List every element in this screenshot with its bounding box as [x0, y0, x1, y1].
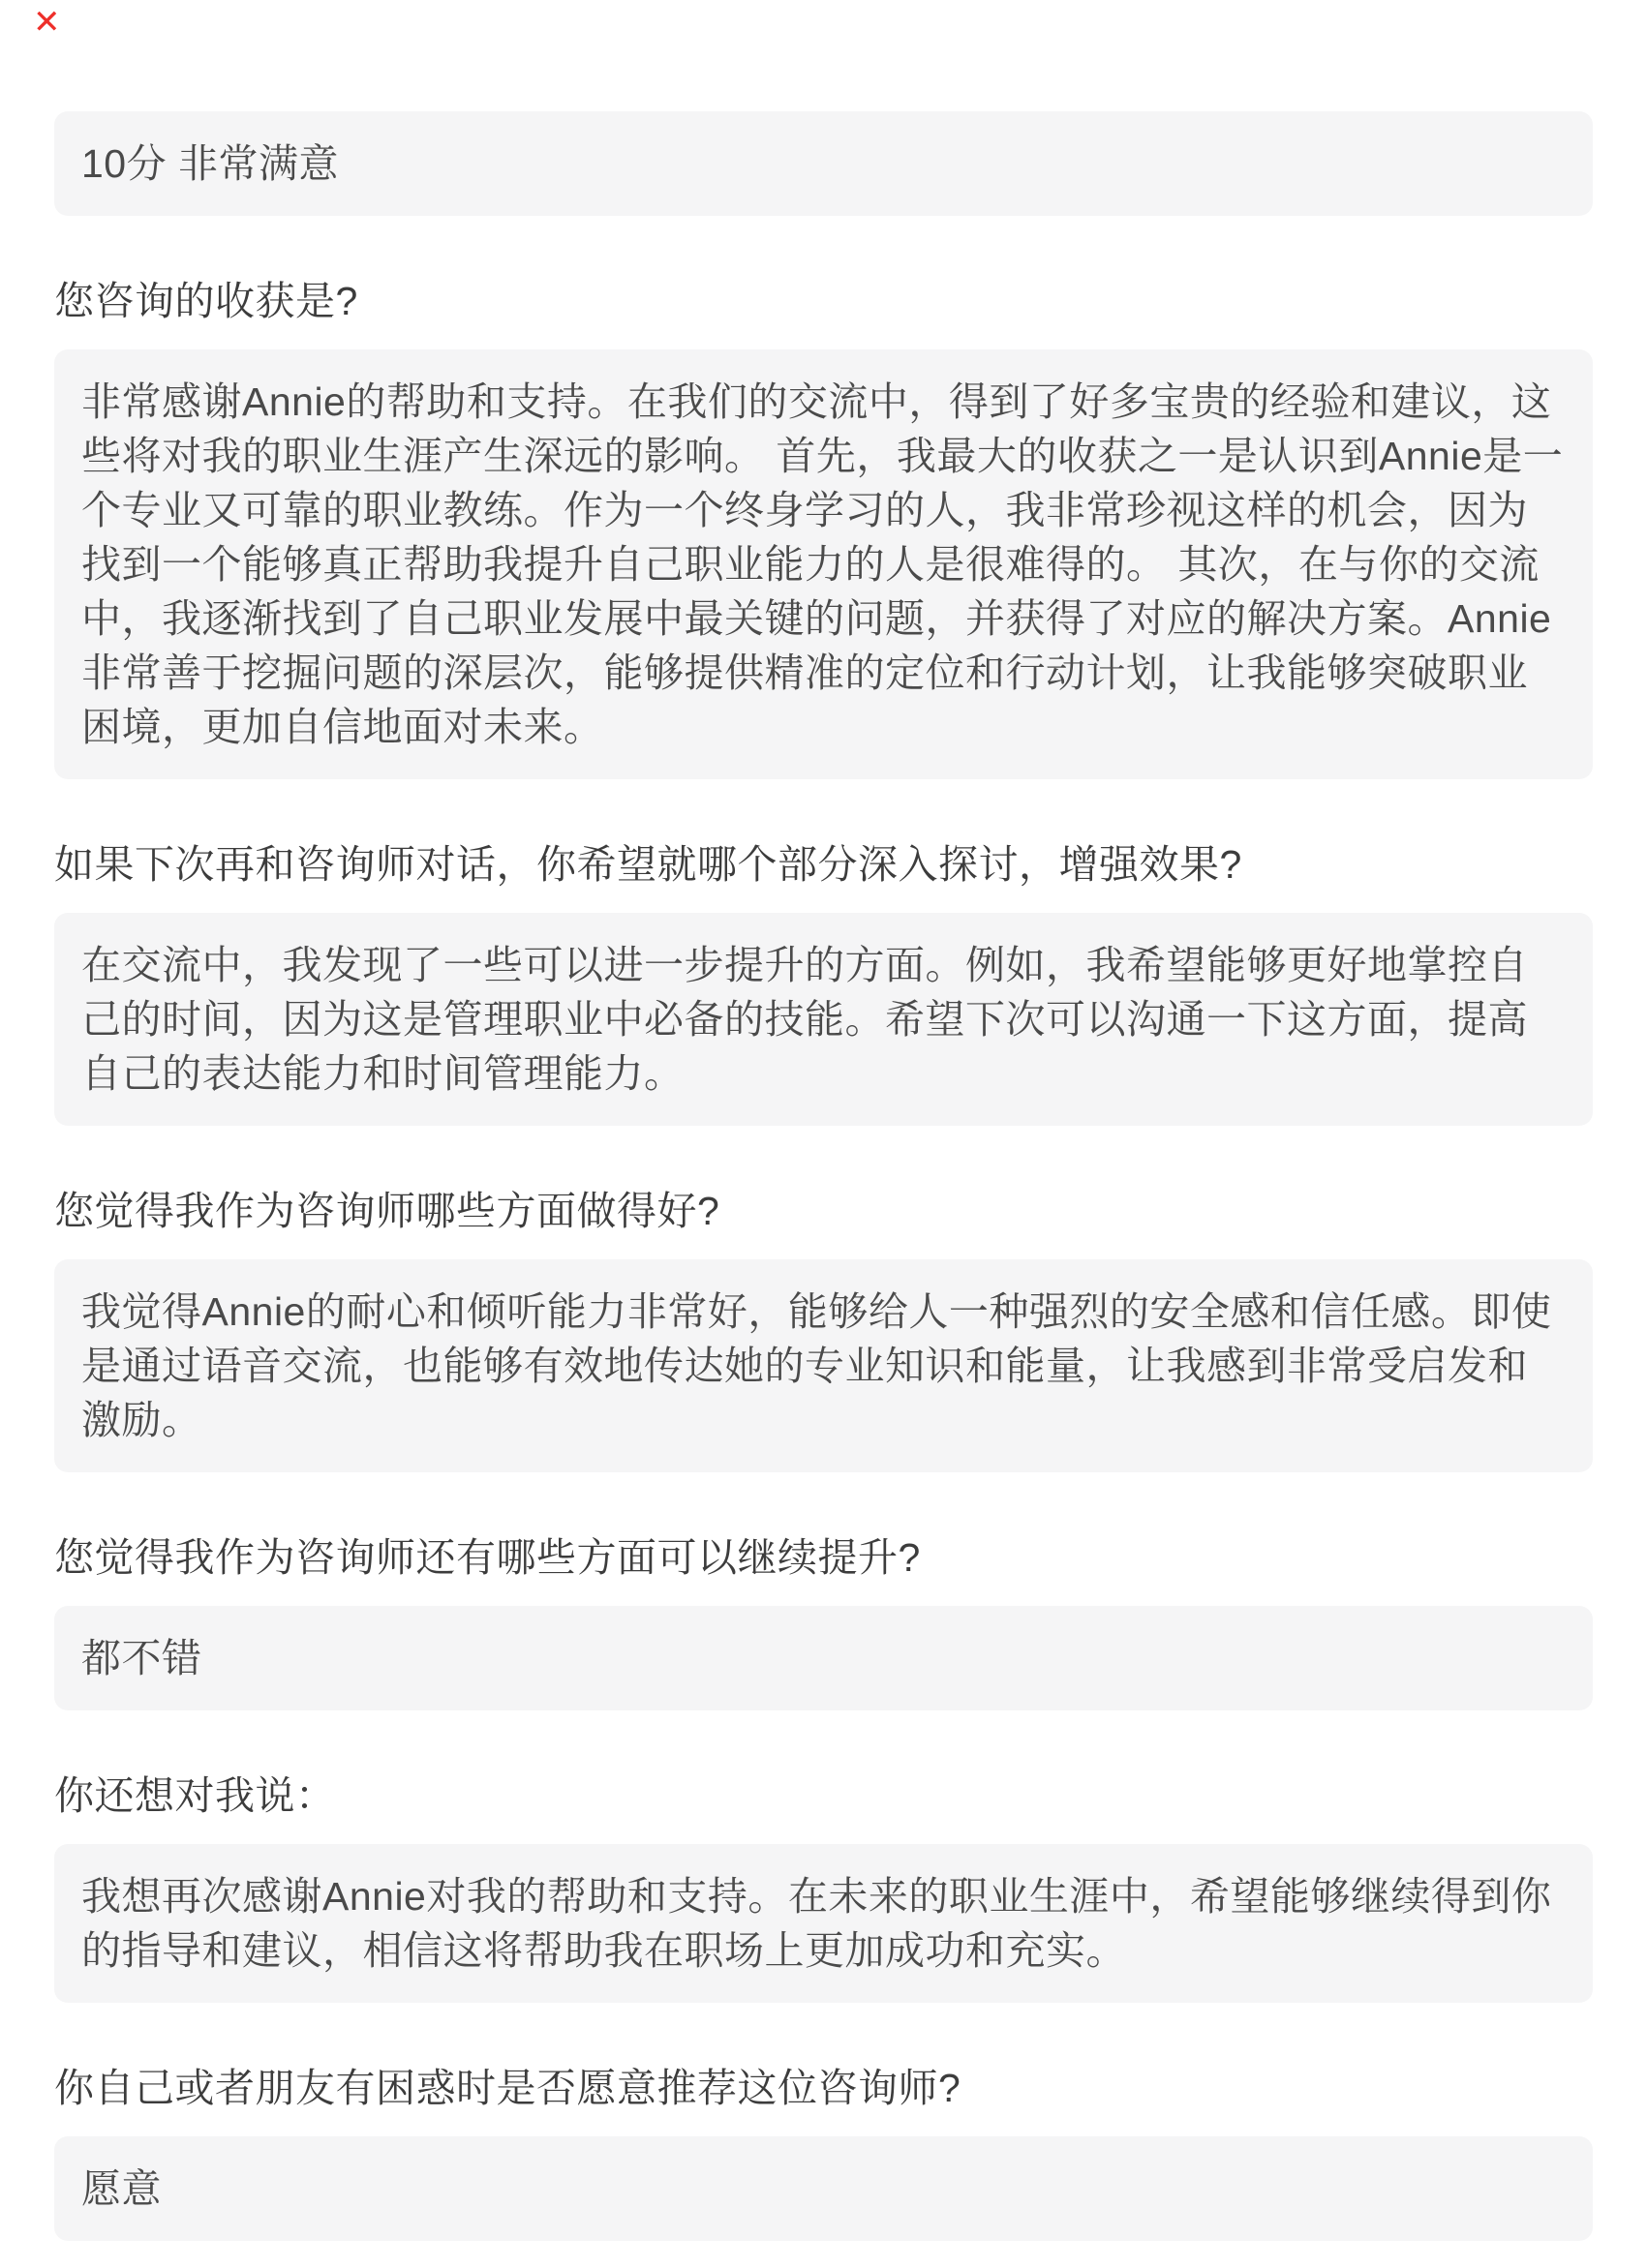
qa-section-gains: 您咨询的收获是? 非常感谢Annie的帮助和支持。在我们的交流中，得到了好多宝贵…	[54, 278, 1593, 779]
question-label: 你自己或者朋友有困惑时是否愿意推荐这位咨询师?	[54, 2065, 1593, 2111]
question-label: 您觉得我作为咨询师哪些方面做得好?	[54, 1188, 1593, 1234]
answer-box: 我觉得Annie的耐心和倾听能力非常好，能够给人一种强烈的安全感和信任感。即使是…	[54, 1259, 1593, 1472]
answer-box: 非常感谢Annie的帮助和支持。在我们的交流中，得到了好多宝贵的经验和建议，这些…	[54, 349, 1593, 779]
qa-section-improve: 您觉得我作为咨询师还有哪些方面可以继续提升? 都不错	[54, 1534, 1593, 1710]
question-label: 您觉得我作为咨询师还有哪些方面可以继续提升?	[54, 1534, 1593, 1581]
answer-box: 都不错	[54, 1606, 1593, 1710]
score-answer-box: 10分 非常满意	[54, 111, 1593, 216]
qa-section-message: 你还想对我说： 我想再次感谢Annie对我的帮助和支持。在未来的职业生涯中，希望…	[54, 1772, 1593, 2003]
question-label: 你还想对我说：	[54, 1772, 1593, 1819]
answer-box: 愿意	[54, 2136, 1593, 2241]
qa-section-done-well: 您觉得我作为咨询师哪些方面做得好? 我觉得Annie的耐心和倾听能力非常好，能够…	[54, 1188, 1593, 1472]
qa-section-next-topic: 如果下次再和咨询师对话，你希望就哪个部分深入探讨，增强效果? 在交流中，我发现了…	[54, 841, 1593, 1126]
feedback-survey-page: 10分 非常满意 您咨询的收获是? 非常感谢Annie的帮助和支持。在我们的交流…	[0, 0, 1647, 2241]
answer-box: 在交流中，我发现了一些可以进一步提升的方面。例如，我希望能够更好地掌控自己的时间…	[54, 913, 1593, 1126]
answer-box: 我想再次感谢Annie对我的帮助和支持。在未来的职业生涯中，希望能够继续得到你的…	[54, 1844, 1593, 2003]
question-label: 您咨询的收获是?	[54, 278, 1593, 324]
question-label: 如果下次再和咨询师对话，你希望就哪个部分深入探讨，增强效果?	[54, 841, 1593, 888]
qa-section-recommend: 你自己或者朋友有困惑时是否愿意推荐这位咨询师? 愿意	[54, 2065, 1593, 2241]
close-icon[interactable]: ✕	[33, 6, 61, 39]
